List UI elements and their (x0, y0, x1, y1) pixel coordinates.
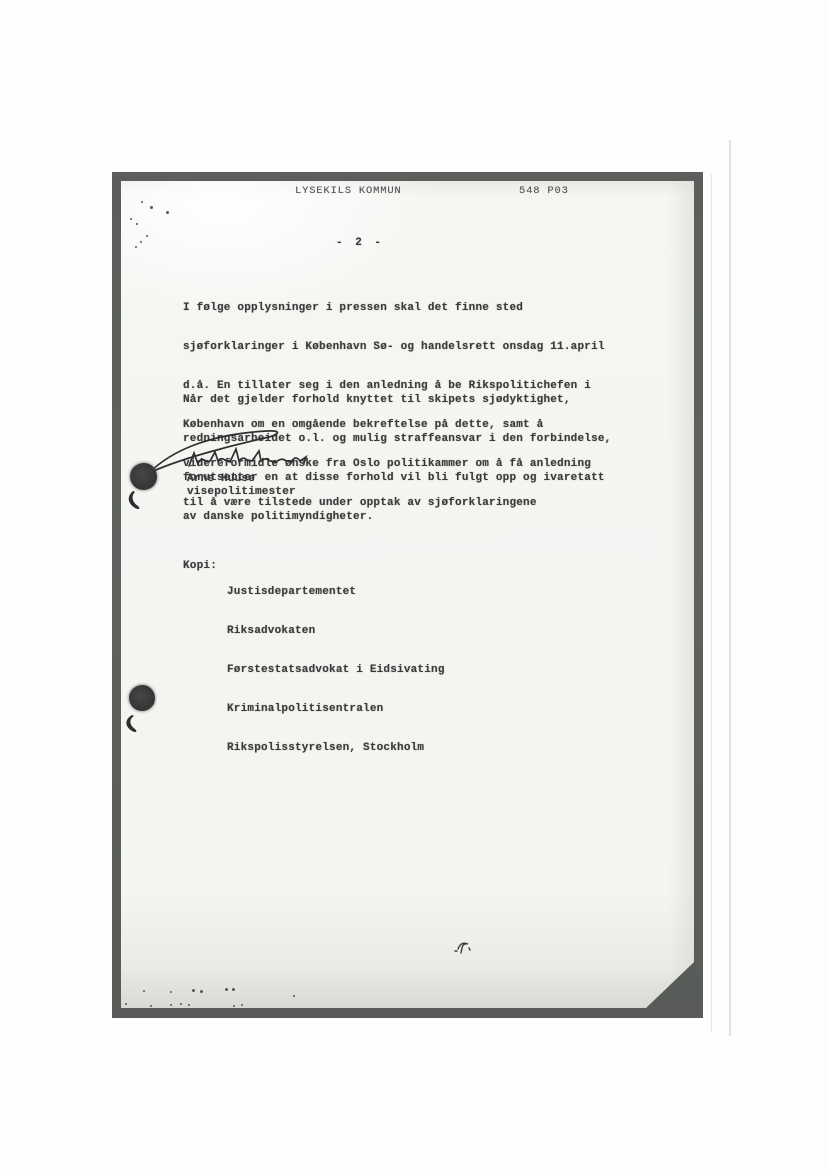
copy-recipient: Rikspolisstyrelsen, Stockholm (227, 742, 445, 755)
toner-speckle (146, 235, 148, 237)
toner-speckle (180, 1003, 182, 1005)
ink-smudge-mark (453, 939, 475, 959)
toner-speckle (225, 988, 228, 991)
toner-speckle (192, 989, 195, 992)
toner-speckle (150, 1005, 152, 1007)
copy-label: Kopi: (183, 560, 217, 573)
toner-speckle (241, 1004, 243, 1006)
signature-name: Arne Huuse (187, 473, 255, 486)
copy-recipient-list: Justisdepartementet Riksadvokaten Første… (227, 560, 445, 781)
hole-punch-mark (129, 685, 155, 711)
toner-speckle (293, 995, 295, 997)
photocopy-backing: LYSEKILS KOMMUN 548 P03 - 2 - I følge op… (112, 172, 703, 1018)
scan-line-artifact (729, 140, 731, 1036)
toner-speckle (136, 223, 138, 225)
toner-speckle (200, 990, 203, 993)
toner-speckle (130, 218, 132, 220)
signature-title: visepolitimester (187, 486, 296, 499)
ink-crescent-mark (125, 488, 149, 512)
toner-speckle (125, 1003, 127, 1005)
toner-speckle (140, 241, 142, 243)
paragraph-line: av danske politimyndigheter. (183, 511, 611, 524)
copy-recipient: Førstestatsadvokat i Eidsivating (227, 664, 445, 677)
toner-speckle (143, 990, 145, 992)
paragraph-line: I følge opplysninger i pressen skal det … (183, 302, 605, 315)
paragraph-line: Når det gjelder forhold knyttet til skip… (183, 394, 611, 407)
scan-line-artifact (711, 174, 712, 1032)
toner-speckle (188, 1004, 190, 1006)
ink-crescent-mark (123, 712, 147, 736)
scanned-fax-page: LYSEKILS KOMMUN 548 P03 - 2 - I følge op… (0, 0, 827, 1169)
toner-speckle (150, 206, 153, 209)
copy-recipient: Kriminalpolitisentralen (227, 703, 445, 716)
toner-speckle (166, 211, 169, 214)
document-page: LYSEKILS KOMMUN 548 P03 - 2 - I følge op… (121, 181, 694, 1008)
paragraph-line: sjøforklaringer i København Sø- og hande… (183, 341, 605, 354)
toner-speckle (141, 201, 143, 203)
toner-speckle (170, 991, 172, 993)
copy-recipient: Riksadvokaten (227, 625, 445, 638)
page-number: - 2 - (336, 237, 384, 250)
copy-recipient: Justisdepartementet (227, 586, 445, 599)
toner-speckle (233, 1005, 235, 1007)
hole-punch-mark (130, 463, 157, 490)
toner-speckle (135, 246, 137, 248)
toner-speckle (232, 988, 235, 991)
toner-speckle (170, 1004, 172, 1006)
fax-header-right: 548 P03 (519, 185, 569, 198)
fax-header-left: LYSEKILS KOMMUN (295, 185, 402, 198)
